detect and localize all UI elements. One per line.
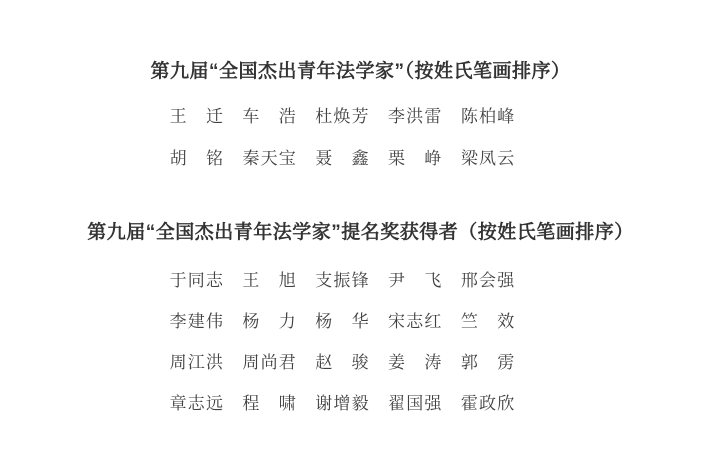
name-separator <box>370 107 388 126</box>
person-name: 秦天宝 <box>242 149 297 168</box>
name-separator <box>443 394 461 413</box>
person-name: 赵 骏 <box>315 353 370 372</box>
name-rows: 于同志 王 旭 支振锋 尹 飞 邢会强李建伟 杨 力 杨 华 宋志红 竺 效周江… <box>0 260 721 424</box>
award-section: 第九届“全国杰出青年法学家”提名奖获得者（按姓氏笔画排序）于同志 王 旭 支振锋… <box>0 212 721 424</box>
name-separator <box>224 353 242 372</box>
person-name: 车 浩 <box>242 107 297 126</box>
name-separator <box>297 107 315 126</box>
name-separator <box>297 353 315 372</box>
person-name: 李建伟 <box>170 312 225 331</box>
person-name: 王 旭 <box>242 271 297 290</box>
person-name: 尹 飞 <box>388 271 443 290</box>
person-name: 程 啸 <box>242 394 297 413</box>
name-separator <box>297 394 315 413</box>
name-separator <box>370 353 388 372</box>
name-separator <box>443 107 461 126</box>
person-name: 聂 鑫 <box>315 149 370 168</box>
person-name: 宋志红 <box>388 312 443 331</box>
person-name: 章志远 <box>170 394 225 413</box>
person-name: 陈柏峰 <box>461 107 516 126</box>
name-row: 王 迁 车 浩 杜焕芳 李洪雷 陈柏峰 <box>0 96 721 138</box>
name-separator <box>443 312 461 331</box>
person-name: 于同志 <box>170 271 225 290</box>
name-separator <box>297 149 315 168</box>
person-name: 姜 涛 <box>388 353 443 372</box>
person-name: 周尚君 <box>242 353 297 372</box>
name-separator <box>297 271 315 290</box>
name-separator <box>370 271 388 290</box>
name-separator <box>224 149 242 168</box>
person-name: 翟国强 <box>388 394 443 413</box>
person-name: 栗 峥 <box>388 149 443 168</box>
name-separator <box>224 312 242 331</box>
name-separator <box>443 271 461 290</box>
person-name: 周江洪 <box>170 353 225 372</box>
name-separator <box>224 271 242 290</box>
name-separator <box>443 353 461 372</box>
person-name: 李洪雷 <box>388 107 443 126</box>
name-row: 胡 铭 秦天宝 聂 鑫 栗 峥 梁凤云 <box>0 138 721 180</box>
name-separator <box>370 394 388 413</box>
name-separator <box>224 107 242 126</box>
name-separator <box>297 312 315 331</box>
person-name: 胡 铭 <box>170 149 225 168</box>
section-heading: 第九届“全国杰出青年法学家”（按姓氏笔画排序） <box>0 51 721 93</box>
person-name: 杜焕芳 <box>315 107 370 126</box>
name-row: 章志远 程 啸 谢增毅 翟国强 霍政欣 <box>0 383 721 424</box>
name-separator <box>370 149 388 168</box>
section-heading: 第九届“全国杰出青年法学家”提名奖获得者（按姓氏笔画排序） <box>0 212 721 254</box>
person-name: 杨 华 <box>315 312 370 331</box>
person-name: 郭 雳 <box>461 353 516 372</box>
person-name: 竺 效 <box>461 312 516 331</box>
name-separator <box>370 312 388 331</box>
name-separator <box>443 149 461 168</box>
name-row: 周江洪 周尚君 赵 骏 姜 涛 郭 雳 <box>0 342 721 383</box>
name-row: 于同志 王 旭 支振锋 尹 飞 邢会强 <box>0 260 721 301</box>
name-rows: 王 迁 车 浩 杜焕芳 李洪雷 陈柏峰胡 铭 秦天宝 聂 鑫 栗 峥 梁凤云 <box>0 96 721 180</box>
award-section: 第九届“全国杰出青年法学家”（按姓氏笔画排序）王 迁 车 浩 杜焕芳 李洪雷 陈… <box>0 51 721 180</box>
person-name: 谢增毅 <box>315 394 370 413</box>
name-row: 李建伟 杨 力 杨 华 宋志红 竺 效 <box>0 301 721 342</box>
person-name: 邢会强 <box>461 271 516 290</box>
person-name: 支振锋 <box>315 271 370 290</box>
article-body: 第九届“全国杰出青年法学家”（按姓氏笔画排序）王 迁 车 浩 杜焕芳 李洪雷 陈… <box>0 0 721 424</box>
person-name: 王 迁 <box>170 107 225 126</box>
name-separator <box>224 394 242 413</box>
person-name: 杨 力 <box>242 312 297 331</box>
person-name: 梁凤云 <box>461 149 516 168</box>
person-name: 霍政欣 <box>461 394 516 413</box>
